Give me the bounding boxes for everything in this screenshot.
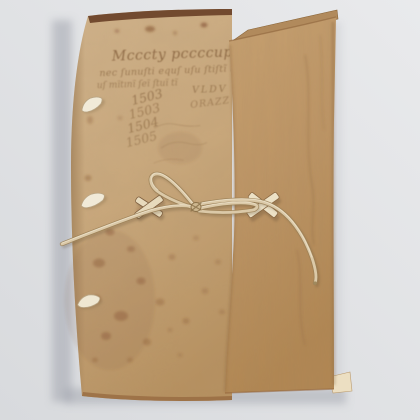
inscription-side-word-1: VLDV xyxy=(192,84,228,96)
book-photo-canvas: Mcccty pccccup nec ſunuſti equſ uſu ſtiſ… xyxy=(0,0,420,420)
lace-tip xyxy=(313,281,316,284)
photo-of-parchment-book: Mcccty pccccup nec ſunuſti equſ uſu ſtiſ… xyxy=(0,0,420,420)
